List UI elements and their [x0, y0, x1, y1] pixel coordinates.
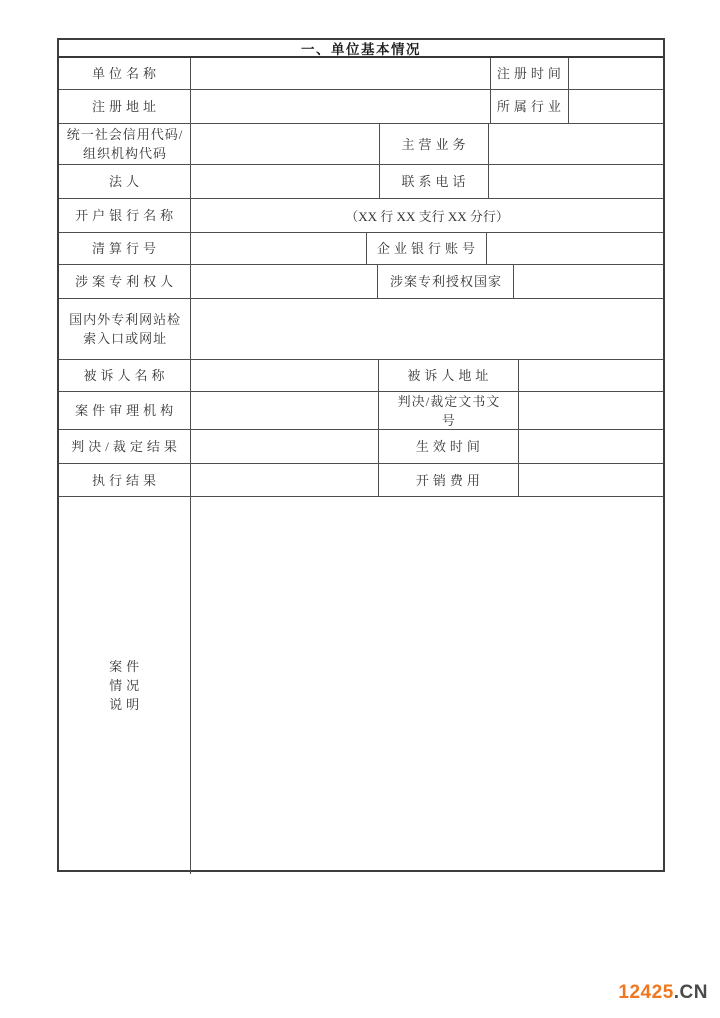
case-tribunal-label: 案件审理机构 — [59, 392, 191, 429]
unit-name-label: 单位名称 — [59, 58, 191, 89]
site-watermark: 12425.CN — [618, 982, 708, 1004]
judgment-document-number-value — [519, 392, 663, 429]
table-row: 被诉人名称 被诉人地址 — [59, 360, 663, 392]
registration-time-value — [569, 58, 663, 89]
patent-website-value — [191, 299, 663, 359]
table-row: 开户银行名称 （XX 行 XX 支行 XX 分行） — [59, 199, 663, 233]
corporate-bank-account-value — [487, 233, 663, 264]
registered-address-value — [191, 90, 491, 123]
credit-code-value — [191, 124, 380, 164]
execution-result-label: 执行结果 — [59, 464, 191, 496]
table-row: 判决/裁定结果 生效时间 — [59, 430, 663, 464]
judgment-result-label: 判决/裁定结果 — [59, 430, 191, 463]
section-title: 一、单位基本情况 — [59, 40, 663, 56]
table-row: 清算行号 企业银行账号 — [59, 233, 663, 265]
watermark-suffix: .CN — [674, 982, 708, 1003]
table-row: 统一社会信用代码/ 组织机构代码 主营业务 — [59, 124, 663, 165]
table-row: 单位名称 注册时间 — [59, 58, 663, 90]
industry-value — [569, 90, 663, 123]
table-row: 执行结果 开销费用 — [59, 464, 663, 497]
judgment-result-value — [191, 430, 379, 463]
patent-grant-country-label: 涉案专利授权国家 — [378, 265, 514, 298]
industry-label: 所属行业 — [491, 90, 569, 123]
case-description-label: 案件 情况 说明 — [59, 497, 191, 874]
execution-result-value — [191, 464, 379, 496]
patent-owner-value — [191, 265, 378, 298]
table-row: 国内外专利网站检 索入口或网址 — [59, 299, 663, 360]
table-row: 涉案专利权人 涉案专利授权国家 — [59, 265, 663, 299]
corporate-bank-account-label: 企业银行账号 — [367, 233, 487, 264]
table-row: 案件审理机构 判决/裁定文书文 号 — [59, 392, 663, 430]
credit-code-label: 统一社会信用代码/ 组织机构代码 — [59, 124, 191, 164]
table-row: 注册地址 所属行业 — [59, 90, 663, 124]
unit-basic-info-table: 一、单位基本情况 单位名称 注册时间 注册地址 所属行业 统一社会信用代码/ 组… — [57, 38, 665, 872]
unit-name-value — [191, 58, 491, 89]
main-business-label: 主营业务 — [380, 124, 489, 164]
defendant-address-value — [519, 360, 663, 391]
defendant-name-label: 被诉人名称 — [59, 360, 191, 391]
watermark-number: 12425 — [618, 982, 673, 1003]
registered-address-label: 注册地址 — [59, 90, 191, 123]
patent-website-label: 国内外专利网站检 索入口或网址 — [59, 299, 191, 359]
patent-owner-label: 涉案专利权人 — [59, 265, 191, 298]
patent-grant-country-value — [514, 265, 663, 298]
case-description-value — [191, 497, 663, 874]
effective-date-label: 生效时间 — [379, 430, 519, 463]
judgment-document-number-label: 判决/裁定文书文 号 — [379, 392, 519, 429]
bank-name-value: （XX 行 XX 支行 XX 分行） — [191, 199, 663, 232]
clearing-bank-number-label: 清算行号 — [59, 233, 191, 264]
defendant-name-value — [191, 360, 379, 391]
document-page: 一、单位基本情况 单位名称 注册时间 注册地址 所属行业 统一社会信用代码/ 组… — [0, 0, 720, 1018]
expense-label: 开销费用 — [379, 464, 519, 496]
contact-phone-value — [489, 165, 663, 198]
table-row: 法人 联系电话 — [59, 165, 663, 199]
case-tribunal-value — [191, 392, 379, 429]
legal-person-value — [191, 165, 380, 198]
main-business-value — [489, 124, 663, 164]
effective-date-value — [519, 430, 663, 463]
registration-time-label: 注册时间 — [491, 58, 569, 89]
contact-phone-label: 联系电话 — [380, 165, 489, 198]
clearing-bank-number-value — [191, 233, 367, 264]
defendant-address-label: 被诉人地址 — [379, 360, 519, 391]
legal-person-label: 法人 — [59, 165, 191, 198]
expense-value — [519, 464, 663, 496]
table-row: 一、单位基本情况 — [59, 40, 663, 58]
bank-name-label: 开户银行名称 — [59, 199, 191, 232]
table-row: 案件 情况 说明 — [59, 497, 663, 874]
